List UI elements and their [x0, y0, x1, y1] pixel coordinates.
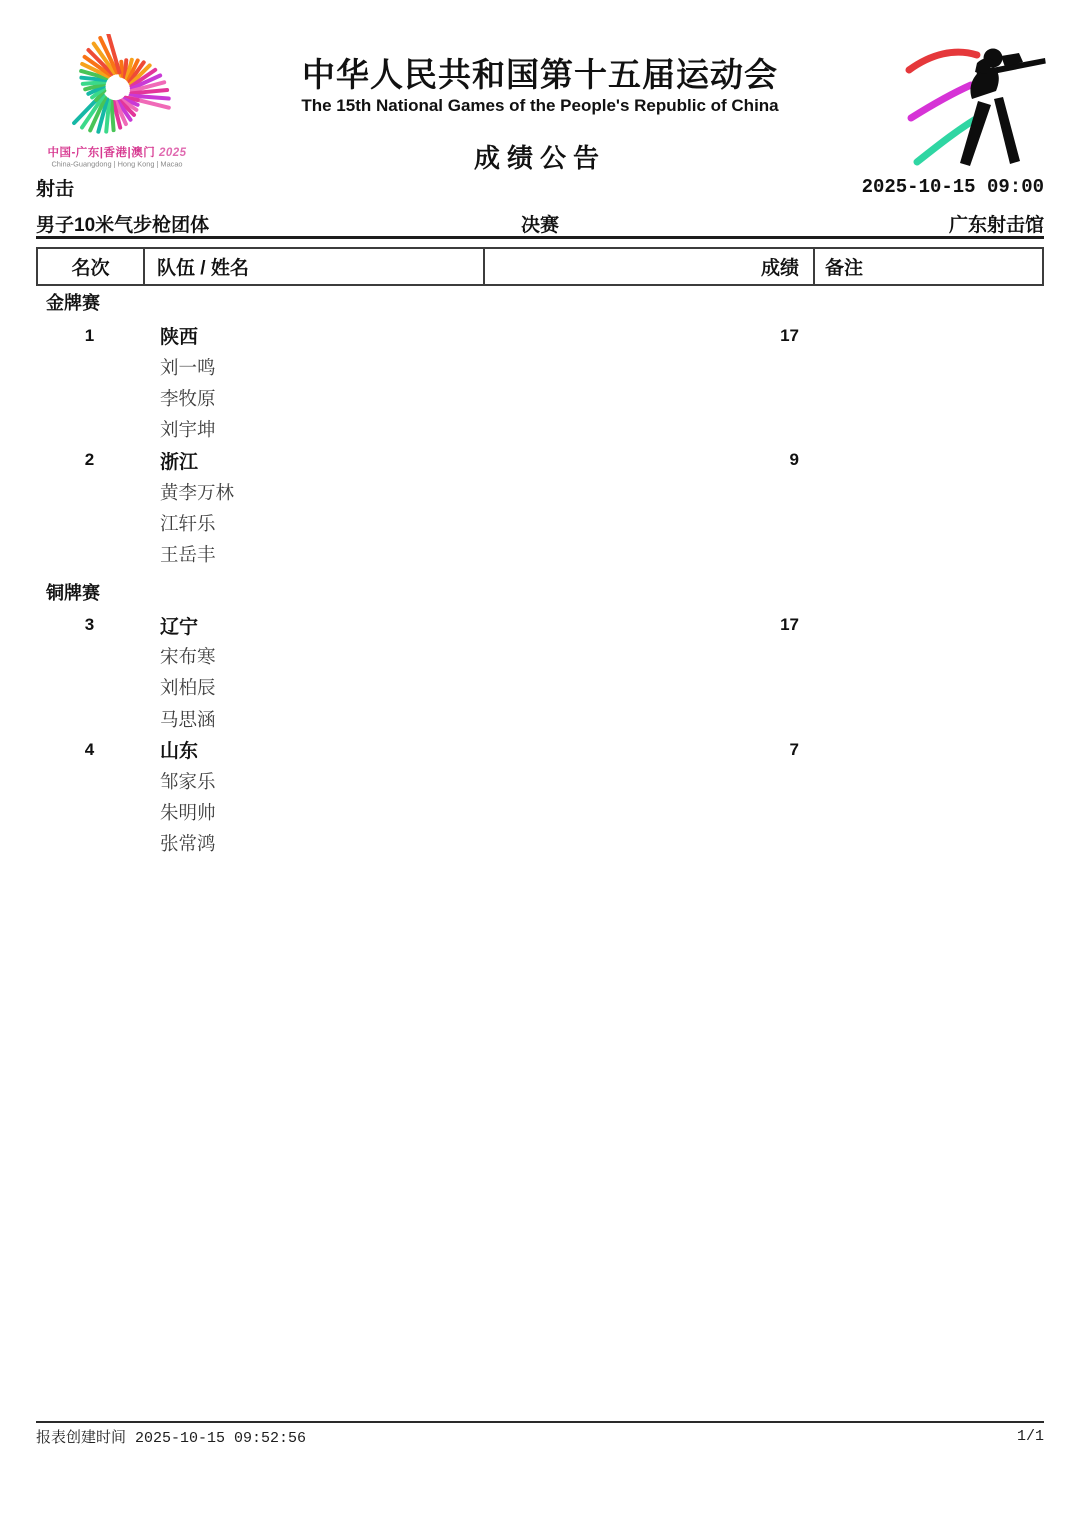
member-row: 刘一鸣 — [36, 351, 1044, 382]
member-row: 黄李万林 — [36, 476, 1044, 507]
member-row: 朱明帅 — [36, 797, 1044, 828]
team-name-cell: 辽宁 — [143, 612, 483, 639]
page-number: 1/1 — [1017, 1428, 1044, 1445]
info-row-sport: 射击 2025-10-15 09:00 — [36, 176, 1044, 198]
footer: 报表创建时间 2025-10-15 09:52:56 1/1 — [36, 1426, 1044, 1446]
footer-divider-rule — [36, 1421, 1044, 1423]
member-row: 江轩乐 — [36, 507, 1044, 538]
results-bulletin-page: 中国-广东|香港|澳门 2025 China-Guangdong | Hong … — [0, 0, 1080, 1527]
report-subtitle: 成绩公告 — [240, 138, 840, 175]
member-name-cell: 刘宇坤 — [143, 416, 483, 442]
member-row: 刘柏辰 — [36, 672, 1044, 703]
games-emblem: 中国-广东|香港|澳门 2025 China-Guangdong | Hong … — [42, 34, 192, 176]
rank-cell: 4 — [36, 740, 143, 760]
rank-cell: 2 — [36, 450, 143, 470]
member-name-cell: 宋布寒 — [143, 643, 483, 669]
member-row: 李牧原 — [36, 382, 1044, 413]
member-row: 宋布寒 — [36, 641, 1044, 672]
result-row: 1陕西17 — [36, 320, 1044, 351]
member-name-cell: 刘柏辰 — [143, 674, 483, 700]
member-row: 马思涵 — [36, 703, 1044, 734]
member-name-cell: 江轩乐 — [143, 510, 483, 536]
member-name-cell: 张常鸿 — [143, 830, 483, 856]
emblem-caption-en: China-Guangdong | Hong Kong | Macao — [48, 160, 186, 169]
results-table-body: 金牌赛1陕西17刘一鸣李牧原刘宇坤2浙江9黄李万林江轩乐王岳丰铜牌赛3辽宁17宋… — [36, 287, 1044, 859]
rank-cell: 1 — [36, 326, 143, 346]
report-created-time: 报表创建时间 2025-10-15 09:52:56 — [36, 1426, 306, 1447]
event-venue: 广东射击馆 — [949, 210, 1044, 237]
result-row: 4山东7 — [36, 734, 1044, 765]
page-title-english: The 15th National Games of the People's … — [240, 95, 840, 117]
member-name-cell: 邹家乐 — [143, 768, 483, 794]
shooting-pictogram-icon — [897, 30, 1053, 178]
member-row: 张常鸿 — [36, 828, 1044, 859]
section-title: 金牌赛 — [36, 287, 1044, 320]
section-title: 铜牌赛 — [36, 577, 1044, 610]
result-row: 2浙江9 — [36, 445, 1044, 476]
member-name-cell: 刘一鸣 — [143, 354, 483, 380]
member-name-cell: 朱明帅 — [143, 799, 483, 825]
sport-label: 射击 — [36, 174, 74, 201]
member-row: 王岳丰 — [36, 538, 1044, 569]
burst-logo-icon — [51, 34, 183, 146]
rank-cell: 3 — [36, 615, 143, 635]
medal-match-section: 铜牌赛3辽宁17宋布寒刘柏辰马思涵4山东7邹家乐朱明帅张常鸿 — [36, 577, 1044, 860]
event-datetime: 2025-10-15 09:00 — [862, 176, 1044, 198]
title-block: 中华人民共和国第十五届运动会 The 15th National Games o… — [240, 56, 840, 175]
team-name-cell: 浙江 — [143, 447, 483, 474]
emblem-caption-cn: 中国-广东|香港|澳门 2025 — [42, 147, 192, 160]
header-divider-rule — [36, 236, 1044, 239]
score-cell: 9 — [483, 450, 813, 470]
member-row: 邹家乐 — [36, 765, 1044, 796]
member-name-cell: 黄李万林 — [143, 479, 483, 505]
page-title: 中华人民共和国第十五届运动会 — [240, 56, 840, 94]
member-name-cell: 李牧原 — [143, 385, 483, 411]
score-cell: 17 — [483, 326, 813, 346]
member-row: 刘宇坤 — [36, 414, 1044, 445]
team-name-cell: 山东 — [143, 736, 483, 763]
emblem-year: 2025 — [159, 147, 187, 159]
info-row-event: 男子10米气步枪团体 决赛 广东射击馆 — [36, 210, 1044, 232]
team-name-cell: 陕西 — [143, 322, 483, 349]
column-header-rank: 名次 — [38, 249, 145, 284]
score-cell: 17 — [483, 615, 813, 635]
column-header-remark: 备注 — [815, 249, 1042, 284]
member-name-cell: 马思涵 — [143, 706, 483, 732]
medal-match-section: 金牌赛1陕西17刘一鸣李牧原刘宇坤2浙江9黄李万林江轩乐王岳丰 — [36, 287, 1044, 570]
column-header-score: 成绩 — [485, 249, 815, 284]
results-table-header: 名次 队伍 / 姓名 成绩 备注 — [36, 247, 1044, 286]
column-header-team: 队伍 / 姓名 — [145, 249, 485, 284]
event-phase: 决赛 — [36, 210, 1044, 237]
score-cell: 7 — [483, 740, 813, 760]
result-row: 3辽宁17 — [36, 610, 1044, 641]
member-name-cell: 王岳丰 — [143, 541, 483, 567]
